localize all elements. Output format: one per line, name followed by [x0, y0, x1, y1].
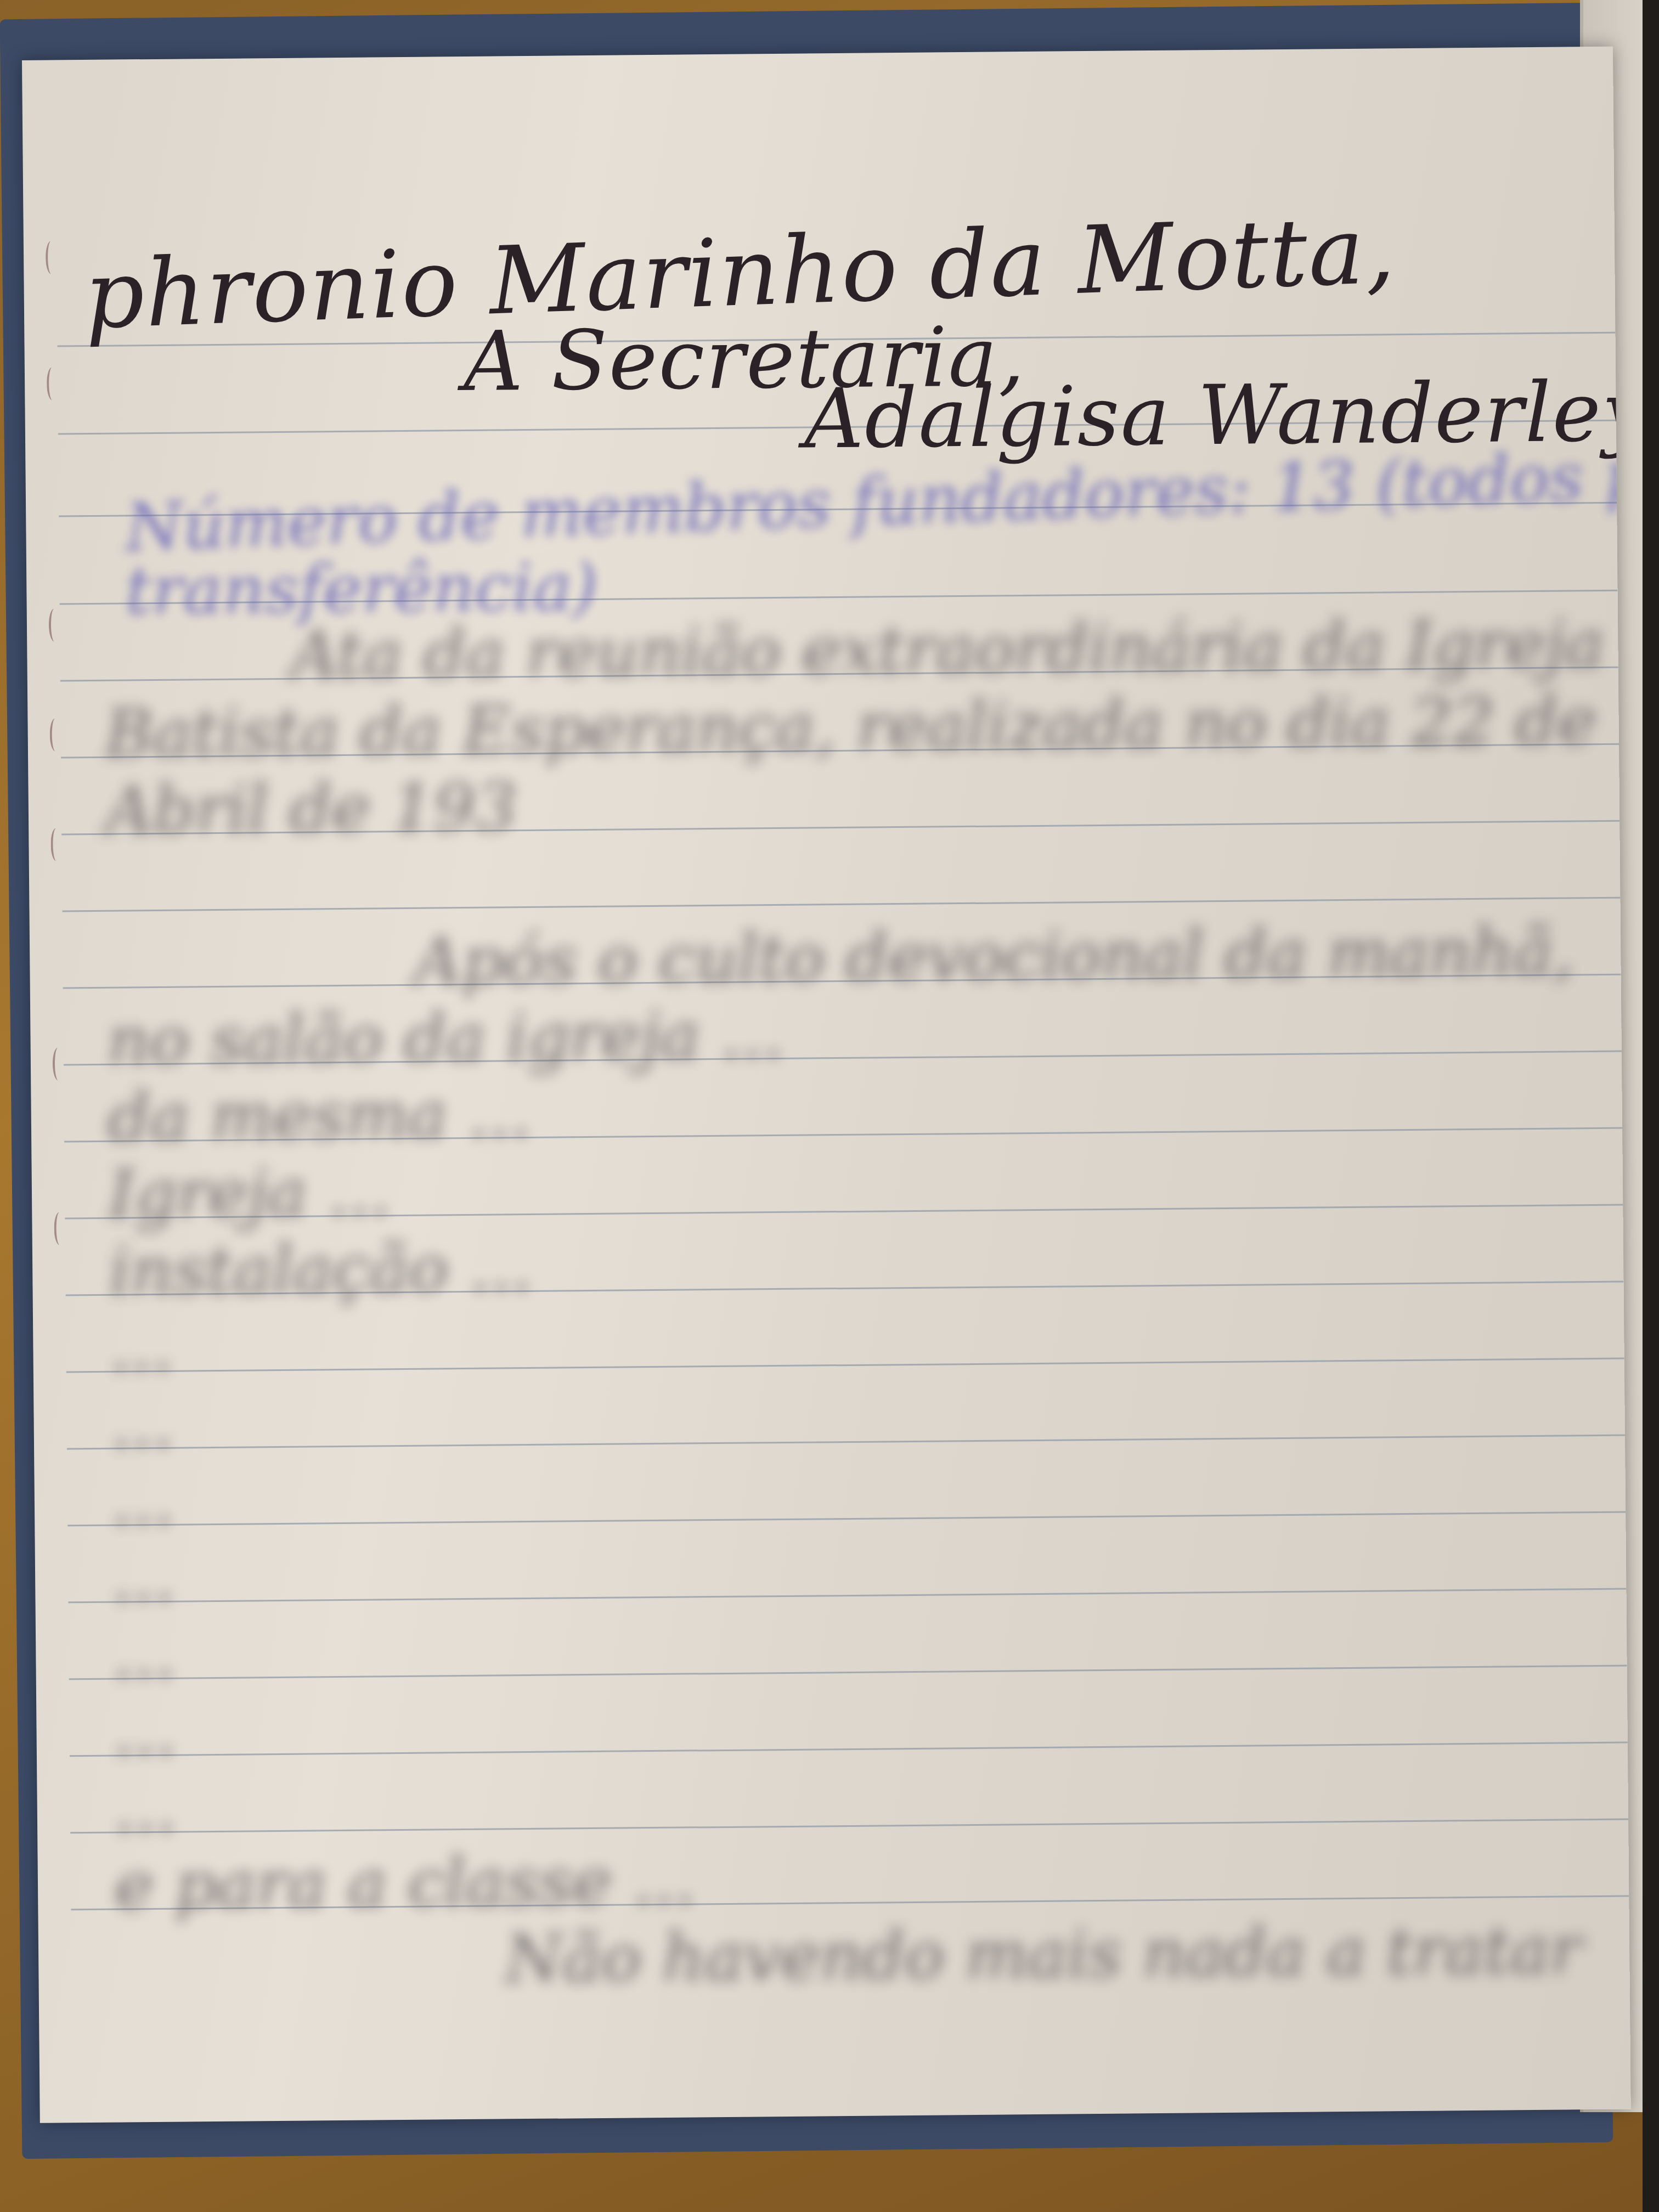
body-line: ...: [110, 1310, 173, 1387]
body-line: no salão da igreja ...: [107, 997, 784, 1080]
ruled-line: [69, 1665, 1627, 1680]
ruled-line: [67, 1435, 1625, 1450]
margin-mark: [53, 1047, 64, 1080]
body-line: Ata da reunião extraordinária da Igreja: [290, 606, 1605, 694]
margin-mark: [49, 718, 61, 751]
margin-mark: [50, 828, 62, 861]
body-line: Após o culto devocional da manhã,: [414, 913, 1575, 1000]
photo-edge-shadow: [1643, 0, 1659, 2212]
body-line: ...: [113, 1694, 177, 1771]
body-line: Igreja ...: [108, 1154, 391, 1233]
margin-mark: [49, 608, 60, 641]
body-line: Batista da Esperança, realizada no dia 2…: [104, 683, 1597, 772]
body-line: ...: [110, 1387, 174, 1464]
body-line: instalação ...: [109, 1230, 533, 1310]
ruled-line: [70, 1742, 1628, 1757]
ruled-line: [63, 897, 1621, 912]
body-line: ...: [112, 1617, 176, 1694]
body-line: Não havendo mais nada a tratar: [505, 1912, 1582, 1997]
ruled-line: [67, 1511, 1626, 1527]
notebook-page: phronio Marinho da Motta, A Secretaria, …: [22, 47, 1631, 2123]
left-margin-marks: [33, 60, 84, 2123]
ruled-line: [70, 1819, 1628, 1834]
margin-mark: [54, 1212, 65, 1245]
body-line: ...: [114, 1771, 177, 1848]
body-line: ...: [111, 1464, 174, 1541]
body-line: da mesma ...: [108, 1076, 531, 1156]
ruled-line: [66, 1358, 1624, 1373]
body-line: Abril de 193: [105, 769, 517, 849]
margin-mark: [47, 367, 58, 400]
margin-mark: [46, 241, 57, 274]
body-line: e para a classe ...: [114, 1843, 695, 1924]
body-line: ...: [112, 1541, 176, 1617]
ruled-line: [69, 1588, 1627, 1604]
